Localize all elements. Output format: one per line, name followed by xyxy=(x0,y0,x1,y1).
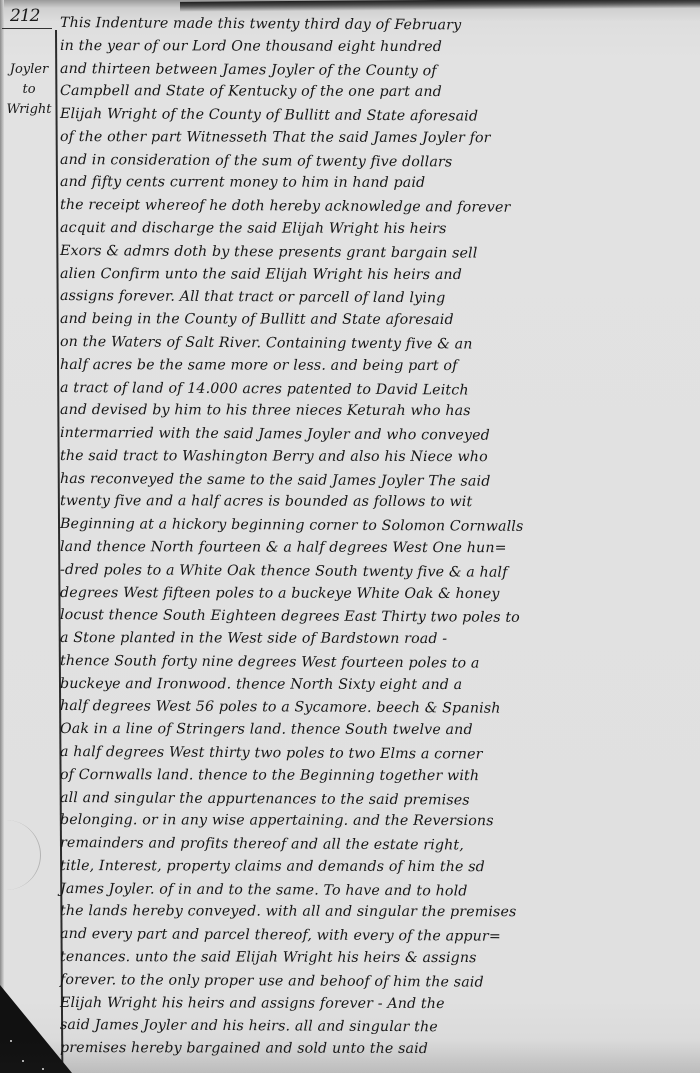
handwritten-line: half acres be the same more or less. and… xyxy=(60,354,690,378)
handwritten-line: acquit and discharge the said Elijah Wri… xyxy=(60,217,690,241)
handwritten-line: a Stone planted in the West side of Bard… xyxy=(60,627,690,651)
handwritten-line: land thence North fourteen & a half degr… xyxy=(60,536,690,560)
handwritten-line: the said tract to Washington Berry and a… xyxy=(60,445,690,469)
page-number: 212 xyxy=(10,6,39,26)
handwritten-line: tenances. unto the said Elijah Wright hi… xyxy=(60,946,690,970)
handwritten-line: in the year of our Lord One thousand eig… xyxy=(60,35,690,59)
handwritten-line: and fifty cents current money to him in … xyxy=(60,171,690,195)
handwritten-line: the lands hereby conveyed. with all and … xyxy=(60,900,690,924)
handwritten-line: twenty five and a half acres is bounded … xyxy=(60,490,690,514)
handwritten-line: of the other part Witnesseth That the sa… xyxy=(60,126,690,150)
margin-note: Joyler to Wright xyxy=(5,60,53,120)
handwritten-line: title, Interest, property claims and dem… xyxy=(60,855,690,879)
dust-speck xyxy=(10,1040,12,1042)
handwritten-line: buckeye and Ironwood. thence North Sixty… xyxy=(60,673,690,697)
margin-note-line: Wright xyxy=(5,100,53,120)
handwritten-line: Oak in a line of Stringers land. thence … xyxy=(60,718,690,742)
handwritten-line: Campbell and State of Kentucky of the on… xyxy=(60,80,690,104)
stray-pen-mark xyxy=(0,820,41,890)
margin-note-line: Joyler xyxy=(5,60,53,80)
handwritten-line: Elijah Wright his heirs and assigns fore… xyxy=(60,992,690,1016)
dust-speck xyxy=(42,1068,44,1070)
handwritten-line: and being in the County of Bullitt and S… xyxy=(60,308,690,332)
handwritten-line: belonging. or in any wise appertaining. … xyxy=(60,809,690,833)
margin-note-line: to xyxy=(5,80,53,100)
handwritten-line: and devised by him to his three nieces K… xyxy=(60,399,690,423)
handwritten-line: degrees West fifteen poles to a buckeye … xyxy=(60,582,690,606)
deed-body-text: This Indenture made this twenty third da… xyxy=(60,12,690,1060)
page-number-underline xyxy=(2,28,52,29)
bottom-edge-shade xyxy=(0,1040,700,1073)
handwritten-line: of Cornwalls land. thence to the Beginni… xyxy=(60,764,690,788)
document-page: 212 Joyler to Wright This Indenture made… xyxy=(0,0,700,1073)
top-edge-shadow xyxy=(180,0,700,12)
handwritten-line: alien Confirm unto the said Elijah Wrigh… xyxy=(60,263,690,287)
dust-speck xyxy=(22,1060,24,1062)
page-left-edge xyxy=(0,0,4,1073)
